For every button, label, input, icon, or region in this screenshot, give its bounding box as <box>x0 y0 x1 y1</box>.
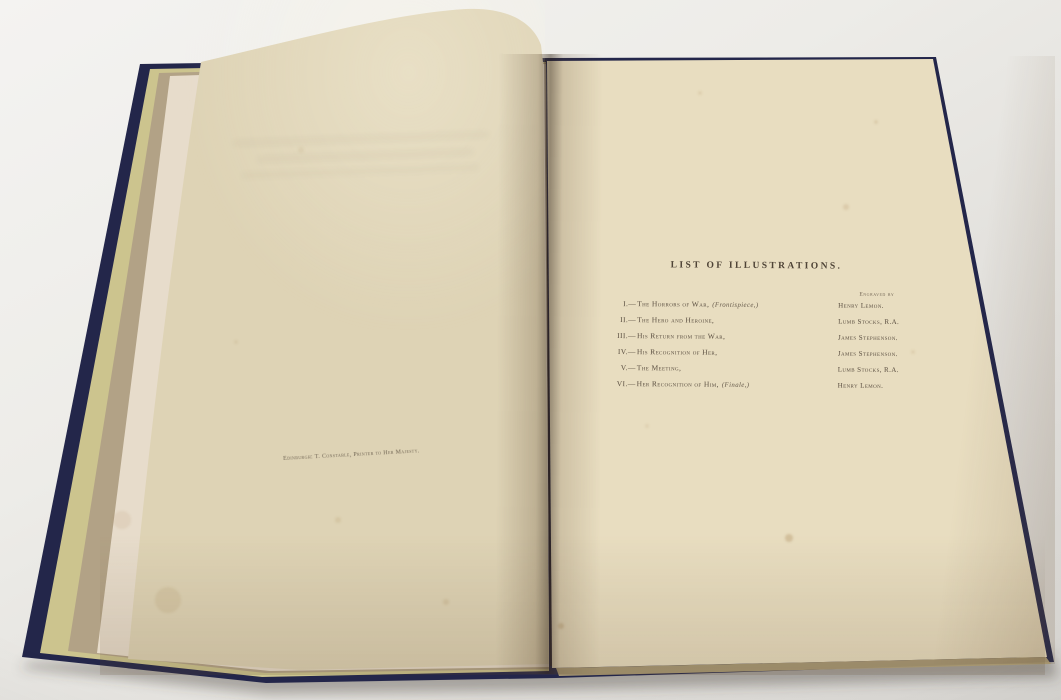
foxing-spot <box>645 424 649 428</box>
entry-engraver: Lumb Stocks, R.A. <box>838 366 918 375</box>
foxing-spot <box>874 120 878 124</box>
entry-title: Her Recognition of Him, <box>637 379 719 389</box>
entry-title: The Hero and Heroine, <box>637 315 714 325</box>
entry-numeral: II.— <box>594 315 636 324</box>
entry-title: His Recognition of Her, <box>637 347 718 357</box>
foxing-spot <box>698 91 702 95</box>
entry-note: (Frontispiece,) <box>712 302 758 309</box>
entry-title: His Return from the War, <box>637 331 725 341</box>
list-of-illustrations: LIST OF ILLUSTRATIONS. Engraved by I.— T… <box>593 257 918 409</box>
entry-engraver: Lumb Stocks, R.A. <box>838 318 918 327</box>
entry-note: (Finale,) <box>722 382 750 389</box>
book-photo: Edinburgh: T. Constable, Printer to Her … <box>0 0 1061 700</box>
stain <box>155 587 181 613</box>
entry-engraver: Henry Lemon. <box>838 302 918 311</box>
illustration-entry: VI.— Her Recognition of Him, (Finale,) H… <box>594 379 918 397</box>
foxing-spot <box>558 623 564 629</box>
stain <box>113 511 131 529</box>
page-title: LIST OF ILLUSTRATIONS. <box>594 257 918 272</box>
entry-numeral: V.— <box>594 363 636 372</box>
entry-numeral: III.— <box>594 331 636 340</box>
entry-numeral: IV.— <box>594 347 636 356</box>
entry-title: The Horrors of War, <box>637 299 709 309</box>
foxing-spot <box>843 204 849 210</box>
engraved-by-label: Engraved by <box>859 292 894 298</box>
foxing-spot <box>785 534 793 542</box>
foxing-spot <box>234 340 238 344</box>
entry-numeral: I.— <box>594 299 636 308</box>
entry-title: The Meeting, <box>637 363 682 372</box>
illustration-entries: I.— The Horrors of War, (Frontispiece,) … <box>594 299 919 397</box>
foxing-spot <box>443 599 449 605</box>
entry-engraver: James Stephenson. <box>838 334 918 343</box>
foxing-spot <box>335 517 341 523</box>
entry-engraver: James Stephenson. <box>838 350 918 359</box>
entry-engraver: Henry Lemon. <box>838 382 918 391</box>
entry-numeral: VI.— <box>594 379 636 388</box>
foxing-spot <box>298 147 304 153</box>
